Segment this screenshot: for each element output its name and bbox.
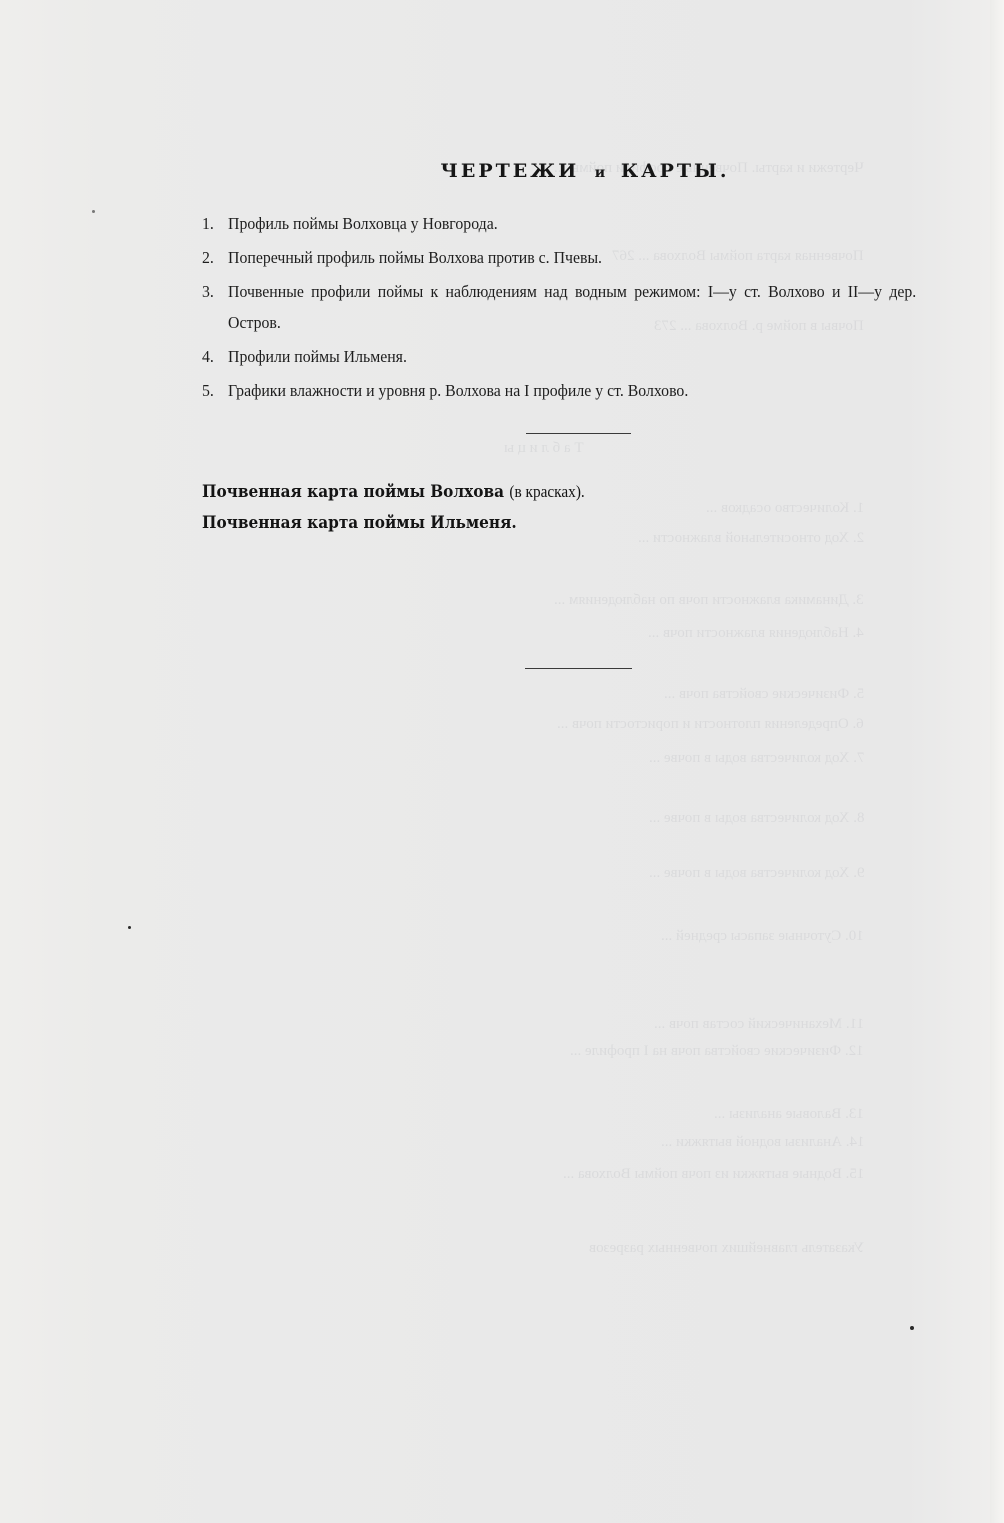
page-edge [990,0,1004,1523]
bleed-line: 6. Определения плотности и пористости по… [557,716,864,733]
bleed-line: 13. Валовые анализы ... [714,1106,864,1123]
ink-speck [92,210,95,213]
bleed-line: 2. Ход относительной влажности ... [638,530,864,547]
title-conjunction: и [595,165,605,181]
ink-speck [910,1326,914,1330]
list-item: 3. Почвенные профили поймы к наблюдениям… [202,276,916,338]
list-item: 4. Профили поймы Ильменя. [202,341,872,372]
bleed-line: Т а б л и ц ы [504,440,584,457]
map-item: Почвенная карта поймы Ильменя. [202,508,585,539]
map-item: Почвенная карта поймы Волхова (в красках… [202,476,585,508]
list-item: 2. Поперечный профиль поймы Волхова прот… [202,242,872,273]
title-part-1: ЧЕРТЕЖИ [441,160,580,182]
bleed-line: 11. Механический состав почв ... [654,1016,864,1033]
bleed-line: 4. Наблюдения влажности почв ... [648,625,864,642]
bleed-line: 3. Динамика влажности почв по наблюдения… [554,592,864,609]
bleed-line: 1. Количество осадков ... [706,500,864,517]
divider-1 [526,433,631,434]
page-title: ЧЕРТЕЖИ и КАРТЫ. [0,160,1004,182]
maps-list: Почвенная карта поймы Волхова (в красках… [202,476,585,539]
list-item: 1. Профиль поймы Волховца у Новгорода. [202,208,872,239]
bleed-line: 14. Анализы водной вытяжки ... [661,1134,865,1151]
drawings-list: 1. Профиль поймы Волховца у Новгорода. 2… [202,208,872,406]
bleed-line: 7. Ход количества воды в почве ... [649,750,864,767]
divider-2 [525,668,632,669]
bleed-line: 12. Физические свойства почв на I профил… [570,1043,864,1060]
bleed-line: 9. Ход количества воды в почве ... [649,865,864,882]
list-item: 5. Графики влажности и уровня р. Волхова… [202,375,872,406]
bleed-line: 15. Водные вытяжки из почв поймы Волхова… [563,1166,864,1183]
bleed-line: Указатель главнейших почвенных разрезов [589,1240,864,1257]
ink-speck [128,926,131,929]
bleed-line: 8. Ход количества воды в почве ... [649,810,864,827]
scanned-page: Чертежи и карты. Почвенные профили поймы… [0,0,1004,1523]
title-part-2: КАРТЫ. [621,160,730,182]
bleed-line: 10. Суточные запасы средней ... [661,928,864,945]
bleed-line: 5. Физические свойства почв ... [664,686,864,703]
